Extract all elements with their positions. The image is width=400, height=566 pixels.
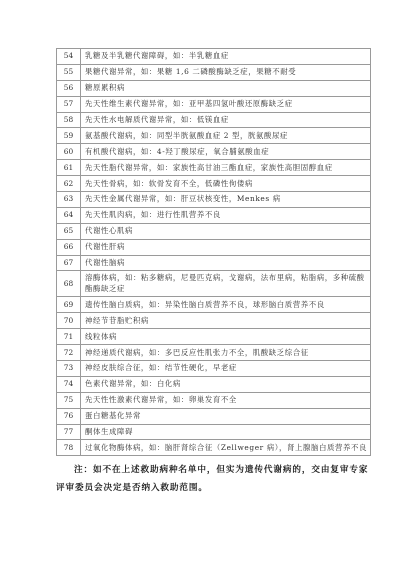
table-row: 71线粒体病 xyxy=(57,329,371,345)
disease-description: 先天性脂代谢异常，如：家族性高甘油三酯血症，家族性高胆固醇血症 xyxy=(81,160,371,176)
row-number: 59 xyxy=(57,128,81,144)
row-number: 62 xyxy=(57,176,81,192)
disease-description: 溶酶体病，如：粘多糖病，尼曼匹克病，戈谢病，法布里病，粘脂病，多种硫酸酯酶缺乏症 xyxy=(81,271,371,297)
disease-list-table: 54乳糖及半乳糖代谢障碍，如：半乳糖血症55果糖代谢异常，如：果糖 1,6 二磷… xyxy=(56,48,371,456)
row-number: 75 xyxy=(57,392,81,408)
disease-description: 先天性水电解质代谢异常，如：低镁血症 xyxy=(81,112,371,128)
row-number: 61 xyxy=(57,160,81,176)
row-number: 68 xyxy=(57,271,81,297)
table-row: 72神经递质代谢病，如：多巴反应性肌张力不全，肌酸缺乏综合征 xyxy=(57,345,371,361)
row-number: 60 xyxy=(57,144,81,160)
table-row: 75先天性性激素代谢异常，如：卵巢发育不全 xyxy=(57,392,371,408)
row-number: 57 xyxy=(57,96,81,112)
disease-description: 乳糖及半乳糖代谢障碍，如：半乳糖血症 xyxy=(81,49,371,65)
row-number: 67 xyxy=(57,255,81,271)
table-row: 63先天性金属代谢异常，如：肝豆状核变性，Menkes 病 xyxy=(57,192,371,208)
disease-description: 色素代谢异常，如：白化病 xyxy=(81,376,371,392)
disease-description: 有机酸代谢病，如：4-羟丁酸尿症，氧合脯氨酸血症 xyxy=(81,144,371,160)
disease-description: 先天性性激素代谢异常，如：卵巢发育不全 xyxy=(81,392,371,408)
disease-description: 先天性维生素代谢异常，如：亚甲基四氢叶酸还原酶缺乏症 xyxy=(81,96,371,112)
table-row: 69遗传性脑白质病，如：异染性脑白质营养不良，球形脑白质营养不良 xyxy=(57,297,371,313)
disease-description: 糖原累积病 xyxy=(81,80,371,96)
row-number: 73 xyxy=(57,361,81,377)
table-row: 59氨基酸代谢病，如：同型半胱氨酸血症 2 型，胱氨酸尿症 xyxy=(57,128,371,144)
table-row: 74色素代谢异常，如：白化病 xyxy=(57,376,371,392)
row-number: 69 xyxy=(57,297,81,313)
disease-description: 先天性金属代谢异常，如：肝豆状核变性，Menkes 病 xyxy=(81,192,371,208)
disease-description: 代谢性肝病 xyxy=(81,239,371,255)
footnote: 注：如不在上述救助病种名单中，但实为遗传代谢病的，交由复审专家评审委员会决定是否… xyxy=(56,461,376,497)
row-number: 63 xyxy=(57,192,81,208)
table-row: 65代谢性心肌病 xyxy=(57,223,371,239)
disease-description: 遗传性脑白质病，如：异染性脑白质营养不良，球形脑白质营养不良 xyxy=(81,297,371,313)
disease-description: 神经节苷脂贮积病 xyxy=(81,313,371,329)
table-row: 58先天性水电解质代谢异常，如：低镁血症 xyxy=(57,112,371,128)
row-number: 74 xyxy=(57,376,81,392)
row-number: 72 xyxy=(57,345,81,361)
table-row: 77酮体生成障碍 xyxy=(57,424,371,440)
disease-description: 神经皮肤综合征，如：结节性硬化，早老症 xyxy=(81,361,371,377)
disease-description: 酮体生成障碍 xyxy=(81,424,371,440)
disease-description: 神经递质代谢病，如：多巴反应性肌张力不全，肌酸缺乏综合征 xyxy=(81,345,371,361)
row-number: 77 xyxy=(57,424,81,440)
row-number: 64 xyxy=(57,207,81,223)
disease-description: 蛋白糖基化异常 xyxy=(81,408,371,424)
row-number: 70 xyxy=(57,313,81,329)
table-row: 67代谢性脑病 xyxy=(57,255,371,271)
disease-description: 线粒体病 xyxy=(81,329,371,345)
table-row: 66代谢性肝病 xyxy=(57,239,371,255)
table-row: 61先天性脂代谢异常，如：家族性高甘油三酯血症，家族性高胆固醇血症 xyxy=(57,160,371,176)
table-row: 70神经节苷脂贮积病 xyxy=(57,313,371,329)
row-number: 76 xyxy=(57,408,81,424)
row-number: 65 xyxy=(57,223,81,239)
row-number: 66 xyxy=(57,239,81,255)
table-row: 62先天性骨病，如：软骨发育不全，低磷性佝偻病 xyxy=(57,176,371,192)
row-number: 58 xyxy=(57,112,81,128)
table-row: 73神经皮肤综合征，如：结节性硬化，早老症 xyxy=(57,361,371,377)
disease-description: 果糖代谢异常，如：果糖 1,6 二磷酸酶缺乏症，果糖不耐受 xyxy=(81,64,371,80)
row-number: 54 xyxy=(57,49,81,65)
disease-description: 先天性肌肉病，如：进行性肌营养不良 xyxy=(81,207,371,223)
disease-description: 代谢性心肌病 xyxy=(81,223,371,239)
table-row: 55果糖代谢异常，如：果糖 1,6 二磷酸酶缺乏症，果糖不耐受 xyxy=(57,64,371,80)
table-row: 68溶酶体病，如：粘多糖病，尼曼匹克病，戈谢病，法布里病，粘脂病，多种硫酸酯酶缺… xyxy=(57,271,371,297)
document-page: 54乳糖及半乳糖代谢障碍，如：半乳糖血症55果糖代谢异常，如：果糖 1,6 二磷… xyxy=(0,0,400,566)
table-body: 54乳糖及半乳糖代谢障碍，如：半乳糖血症55果糖代谢异常，如：果糖 1,6 二磷… xyxy=(57,49,371,456)
table-row: 64先天性肌肉病，如：进行性肌营养不良 xyxy=(57,207,371,223)
row-number: 55 xyxy=(57,64,81,80)
table-row: 57先天性维生素代谢异常，如：亚甲基四氢叶酸还原酶缺乏症 xyxy=(57,96,371,112)
disease-description: 代谢性脑病 xyxy=(81,255,371,271)
disease-description: 氨基酸代谢病，如：同型半胱氨酸血症 2 型，胱氨酸尿症 xyxy=(81,128,371,144)
table-row: 60有机酸代谢病，如：4-羟丁酸尿症，氧合脯氨酸血症 xyxy=(57,144,371,160)
disease-description: 过氧化物酶体病，如：脑肝肾综合征（Zellweger 病），肾上腺脑白质营养不良 xyxy=(81,440,371,456)
table-row: 54乳糖及半乳糖代谢障碍，如：半乳糖血症 xyxy=(57,49,371,65)
table-row: 78过氧化物酶体病，如：脑肝肾综合征（Zellweger 病），肾上腺脑白质营养… xyxy=(57,440,371,456)
row-number: 78 xyxy=(57,440,81,456)
table-row: 56糖原累积病 xyxy=(57,80,371,96)
row-number: 71 xyxy=(57,329,81,345)
disease-description: 先天性骨病，如：软骨发育不全，低磷性佝偻病 xyxy=(81,176,371,192)
row-number: 56 xyxy=(57,80,81,96)
table-row: 76蛋白糖基化异常 xyxy=(57,408,371,424)
